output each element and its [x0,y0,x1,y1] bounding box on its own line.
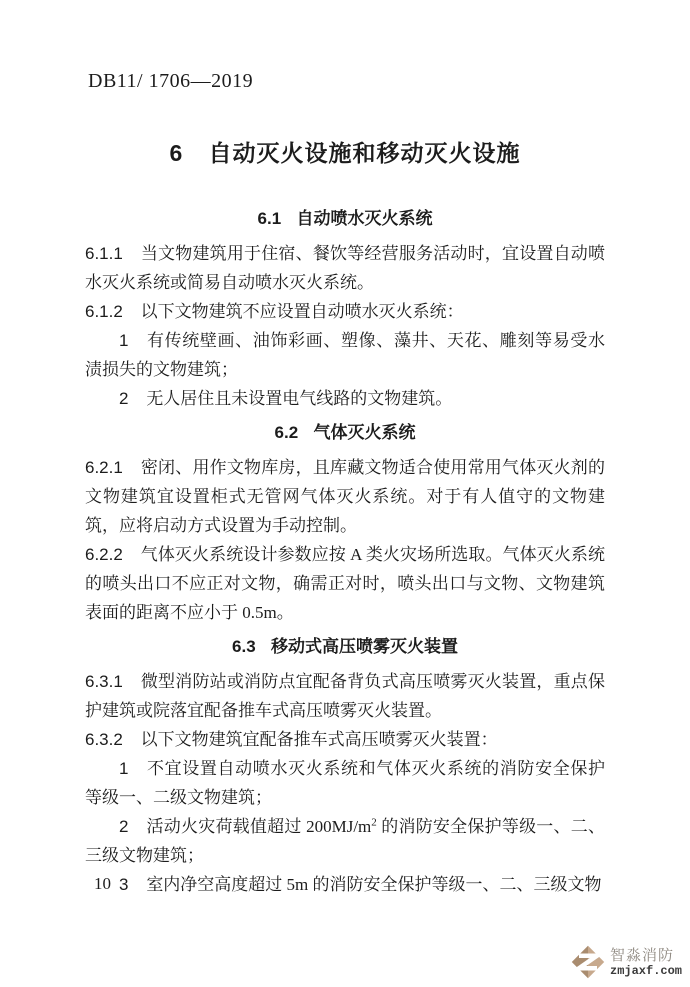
page-content: 6自动灭火设施和移动灭火设施 6.1自动喷水灭火系统 6.1.1当文物建筑用于住… [85,137,605,899]
clause-6-1-2-item-1: 1有传统壁画、油饰彩画、塑像、藻井、天花、雕刻等易受水渍损失的文物建筑； [85,326,605,384]
item-number: 2 [119,389,128,408]
section-heading-6-1: 6.1自动喷水灭火系统 [85,207,605,231]
watermark: 智淼消防 zmjaxf.com [570,944,682,980]
clause-text: 当文物建筑用于住宿、餐饮等经营服务活动时，宜设置自动喷水灭火系统或简易自动喷水灭… [85,244,605,292]
clause-6-1-2-item-2: 2无人居住且未设置电气线路的文物建筑。 [85,384,605,413]
clause-6-3-2-item-3: 3室内净空高度超过 5m 的消防安全保护等级一、二、三级文物 [85,870,605,899]
item-text: 无人居住且未设置电气线路的文物建筑。 [146,389,452,408]
document-page: DB11/ 1706—2019 6自动灭火设施和移动灭火设施 6.1自动喷水灭火… [0,0,690,987]
clause-number: 6.3.2 [85,730,123,749]
page-number: 10 [94,874,111,894]
watermark-text: 智淼消防 zmjaxf.com [610,948,682,977]
clause-6-2-2: 6.2.2气体灭火系统设计参数应按 A 类火灾场所选取。气体灭火系统的喷头出口不… [85,540,605,627]
clause-6-1-1: 6.1.1当文物建筑用于住宿、餐饮等经营服务活动时，宜设置自动喷水灭火系统或简易… [85,239,605,297]
section-heading-6-2: 6.2气体灭火系统 [85,421,605,445]
chapter-title: 6自动灭火设施和移动灭火设施 [85,137,605,169]
item-text: 不宜设置自动喷水灭火系统和气体灭火系统的消防安全保护等级一、二级文物建筑； [85,759,605,807]
clause-6-3-2-item-1: 1不宜设置自动喷水灭火系统和气体灭火系统的消防安全保护等级一、二级文物建筑； [85,754,605,812]
watermark-domain: zmjaxf.com [610,965,682,977]
clause-6-3-1: 6.3.1微型消防站或消防点宜配备背负式高压喷雾灭火装置，重点保护建筑或院落宜配… [85,667,605,725]
standard-code: DB11/ 1706—2019 [88,70,690,93]
item-number: 2 [119,817,128,836]
item-number: 1 [119,331,128,350]
section-title-text: 移动式高压喷雾灭火装置 [271,637,458,656]
item-text: 室内净空高度超过 5m 的消防安全保护等级一、二、三级文物 [146,875,601,894]
section-title-text: 自动喷水灭火系统 [296,209,432,228]
clause-text: 密闭、用作文物库房，且库藏文物适合使用常用气体灭火剂的文物建筑宜设置柜式无管网气… [85,458,605,535]
item-number: 1 [119,759,128,778]
clause-number: 6.1.2 [85,302,123,321]
watermark-brand: 智淼消防 [610,948,682,963]
clause-number: 6.2.2 [85,545,123,564]
clause-number: 6.1.1 [85,244,123,263]
chapter-number: 6 [169,140,183,166]
section-heading-6-3: 6.3移动式高压喷雾灭火装置 [85,635,605,659]
zhimiao-logo-icon [570,944,606,980]
section-number: 6.3 [232,637,256,656]
section-number: 6.2 [275,423,299,442]
clause-number: 6.2.1 [85,458,123,477]
item-number: 3 [119,875,128,894]
clause-6-1-2: 6.1.2以下文物建筑不应设置自动喷水灭火系统： [85,297,605,326]
item-text: 有传统壁画、油饰彩画、塑像、藻井、天花、雕刻等易受水渍损失的文物建筑； [85,331,605,379]
clause-6-3-2: 6.3.2以下文物建筑宜配备推车式高压喷雾灭火装置： [85,725,605,754]
section-title-text: 气体灭火系统 [313,423,415,442]
item-text-before: 活动火灾荷载值超过 200MJ/m [146,817,371,836]
clause-text: 气体灭火系统设计参数应按 A 类火灾场所选取。气体灭火系统的喷头出口不应正对文物… [85,545,605,622]
clause-text: 微型消防站或消防点宜配备背负式高压喷雾灭火装置，重点保护建筑或院落宜配备推车式高… [85,672,605,720]
clause-6-2-1: 6.2.1密闭、用作文物库房，且库藏文物适合使用常用气体灭火剂的文物建筑宜设置柜… [85,453,605,540]
section-number: 6.1 [258,209,282,228]
chapter-title-text: 自动灭火设施和移动灭火设施 [209,140,521,166]
clause-text: 以下文物建筑不应设置自动喷水灭火系统： [141,302,464,321]
clause-text: 以下文物建筑宜配备推车式高压喷雾灭火装置： [141,730,498,749]
clause-6-3-2-item-2: 2活动火灾荷载值超过 200MJ/m2 的消防安全保护等级一、二、三级文物建筑； [85,812,605,870]
clause-number: 6.3.1 [85,672,123,691]
